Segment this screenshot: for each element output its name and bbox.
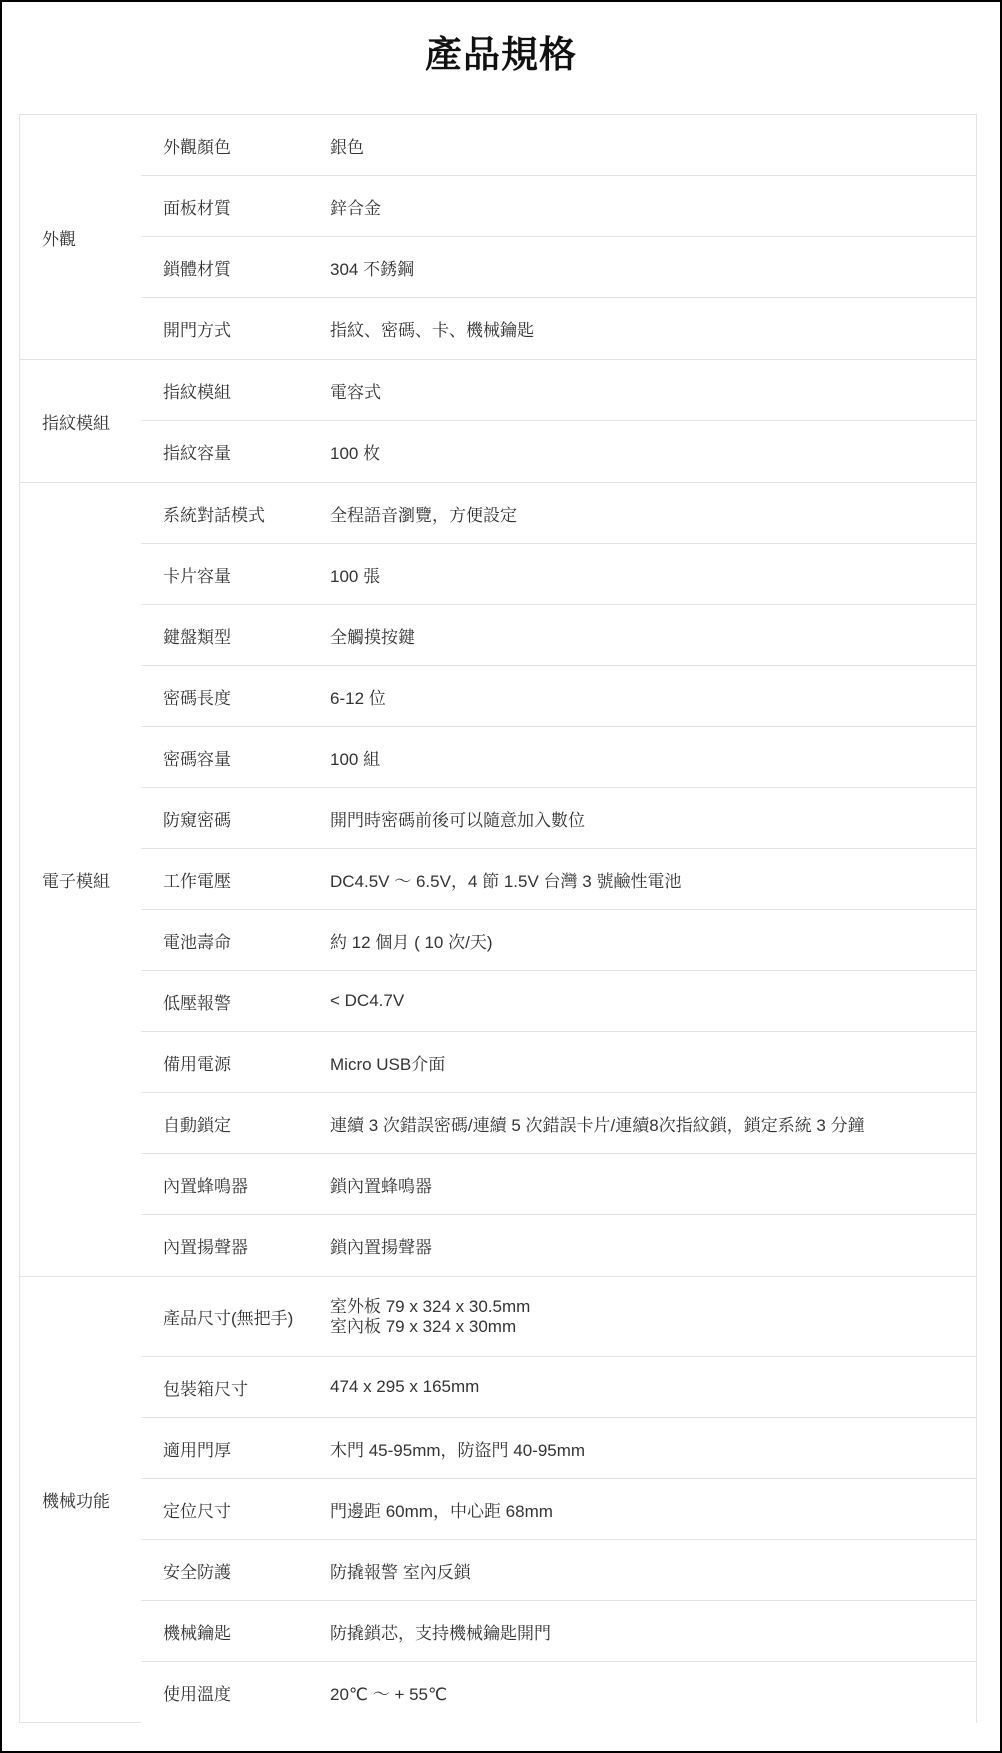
spec-row: 開門方式 指紋、密碼、卡、機械鑰匙	[141, 298, 976, 359]
spec-label: 卡片容量	[141, 562, 330, 587]
spec-value: 防撬鎖芯，支持機械鑰匙開門	[330, 1619, 976, 1644]
spec-value: 電容式	[330, 378, 976, 403]
spec-value: 指紋、密碼、卡、機械鑰匙	[330, 316, 976, 341]
spec-label: 面板材質	[141, 194, 330, 219]
spec-value: 鎖內置揚聲器	[330, 1233, 976, 1258]
spec-row: 鎖體材質 304 不銹鋼	[141, 237, 976, 298]
spec-value-line: 室內板 79 x 324 x 30mm	[330, 1317, 976, 1337]
page-title: 產品規格	[0, 28, 1002, 82]
spec-value: 6-12 位	[330, 684, 976, 709]
spec-label: 使用溫度	[141, 1680, 330, 1705]
section-group-label: 外觀	[20, 115, 141, 359]
spec-row: 密碼長度 6-12 位	[141, 666, 976, 727]
spec-label: 開門方式	[141, 316, 330, 341]
spec-value: 防撬報警 室內反鎖	[330, 1558, 976, 1583]
spec-row: 指紋模組 電容式	[141, 360, 976, 421]
spec-value: 20℃ ～ + 55℃	[330, 1680, 976, 1705]
spec-label: 包裝箱尺寸	[141, 1375, 330, 1400]
spec-label: 電池壽命	[141, 928, 330, 953]
spec-label: 鎖體材質	[141, 255, 330, 280]
spec-row: 工作電壓 DC4.5V ～ 6.5V，4 節 1.5V 台灣 3 號鹼性電池	[141, 849, 976, 910]
spec-label: 適用門厚	[141, 1436, 330, 1461]
spec-row: 安全防護 防撬報警 室內反鎖	[141, 1540, 976, 1601]
spec-value: 鋅合金	[330, 194, 976, 219]
spec-value: 連續 3 次錯誤密碼/連續 5 次錯誤卡片/連續8次指紋鎖，鎖定系統 3 分鐘	[330, 1111, 976, 1136]
spec-section-appearance: 外觀 外觀顏色 銀色 面板材質 鋅合金 鎖體材質 304 不銹鋼 開門方式 指紋…	[20, 115, 976, 360]
spec-label: 機械鑰匙	[141, 1619, 330, 1644]
spec-value: 304 不銹鋼	[330, 255, 976, 280]
spec-row: 防窺密碼 開門時密碼前後可以隨意加入數位	[141, 788, 976, 849]
spec-value: Micro USB介面	[330, 1050, 976, 1075]
spec-value: 100 張	[330, 562, 976, 587]
spec-row: 內置蜂鳴器 鎖內置蜂鳴器	[141, 1154, 976, 1215]
spec-section-fingerprint: 指紋模組 指紋模組 電容式 指紋容量 100 枚	[20, 360, 976, 483]
spec-value: 鎖內置蜂鳴器	[330, 1172, 976, 1197]
spec-section-electronics: 電子模組 系統對話模式 全程語音瀏覽，方便設定 卡片容量 100 張 鍵盤類型 …	[20, 483, 976, 1277]
spec-value: < DC4.7V	[330, 991, 976, 1011]
spec-value: 門邊距 60mm，中心距 68mm	[330, 1497, 976, 1522]
spec-label: 備用電源	[141, 1050, 330, 1075]
spec-row: 自動鎖定 連續 3 次錯誤密碼/連續 5 次錯誤卡片/連續8次指紋鎖，鎖定系統 …	[141, 1093, 976, 1154]
spec-label: 指紋容量	[141, 439, 330, 464]
spec-row: 產品尺寸(無把手) 室外板 79 x 324 x 30.5mm 室內板 79 x…	[141, 1277, 976, 1357]
spec-table: 外觀 外觀顏色 銀色 面板材質 鋅合金 鎖體材質 304 不銹鋼 開門方式 指紋…	[19, 114, 977, 1723]
spec-label: 防窺密碼	[141, 806, 330, 831]
spec-label: 系統對話模式	[141, 501, 330, 526]
spec-value: 全觸摸按鍵	[330, 623, 976, 648]
spec-row: 鍵盤類型 全觸摸按鍵	[141, 605, 976, 666]
spec-label: 安全防護	[141, 1558, 330, 1583]
spec-value: 銀色	[330, 133, 976, 158]
spec-row: 定位尺寸 門邊距 60mm，中心距 68mm	[141, 1479, 976, 1540]
spec-row: 系統對話模式 全程語音瀏覽，方便設定	[141, 483, 976, 544]
spec-row: 備用電源 Micro USB介面	[141, 1032, 976, 1093]
spec-row: 使用溫度 20℃ ～ + 55℃	[141, 1662, 976, 1723]
spec-value: 100 枚	[330, 439, 976, 464]
spec-label: 指紋模組	[141, 378, 330, 403]
spec-label: 外觀顏色	[141, 133, 330, 158]
spec-label: 鍵盤類型	[141, 623, 330, 648]
spec-label: 低壓報警	[141, 989, 330, 1014]
spec-value: 474 x 295 x 165mm	[330, 1377, 976, 1397]
spec-row: 機械鑰匙 防撬鎖芯，支持機械鑰匙開門	[141, 1601, 976, 1662]
spec-label: 密碼容量	[141, 745, 330, 770]
section-group-label: 指紋模組	[20, 360, 141, 482]
spec-row: 卡片容量 100 張	[141, 544, 976, 605]
spec-value-line: 室外板 79 x 324 x 30.5mm	[330, 1297, 976, 1317]
spec-section-mechanical: 機械功能 產品尺寸(無把手) 室外板 79 x 324 x 30.5mm 室內板…	[20, 1277, 976, 1723]
spec-label: 定位尺寸	[141, 1497, 330, 1522]
spec-value: 100 組	[330, 745, 976, 770]
spec-value: DC4.5V ～ 6.5V，4 節 1.5V 台灣 3 號鹼性電池	[330, 867, 976, 892]
spec-value: 開門時密碼前後可以隨意加入數位	[330, 806, 976, 831]
spec-value: 約 12 個月 ( 10 次/天)	[330, 928, 976, 953]
spec-label: 內置蜂鳴器	[141, 1172, 330, 1197]
spec-row: 低壓報警 < DC4.7V	[141, 971, 976, 1032]
spec-row: 面板材質 鋅合金	[141, 176, 976, 237]
spec-label: 密碼長度	[141, 684, 330, 709]
spec-value: 室外板 79 x 324 x 30.5mm 室內板 79 x 324 x 30m…	[330, 1297, 976, 1337]
spec-row: 電池壽命 約 12 個月 ( 10 次/天)	[141, 910, 976, 971]
spec-label: 工作電壓	[141, 867, 330, 892]
spec-value: 木門 45-95mm，防盜門 40-95mm	[330, 1436, 976, 1461]
spec-label: 產品尺寸(無把手)	[141, 1304, 330, 1329]
spec-row: 指紋容量 100 枚	[141, 421, 976, 482]
spec-row: 適用門厚 木門 45-95mm，防盜門 40-95mm	[141, 1418, 976, 1479]
spec-value: 全程語音瀏覽，方便設定	[330, 501, 976, 526]
spec-row: 內置揚聲器 鎖內置揚聲器	[141, 1215, 976, 1276]
spec-label: 內置揚聲器	[141, 1233, 330, 1258]
spec-row: 包裝箱尺寸 474 x 295 x 165mm	[141, 1357, 976, 1418]
section-group-label: 電子模組	[20, 483, 141, 1276]
section-group-label: 機械功能	[20, 1277, 141, 1723]
spec-row: 外觀顏色 銀色	[141, 115, 976, 176]
spec-label: 自動鎖定	[141, 1111, 330, 1136]
spec-row: 密碼容量 100 組	[141, 727, 976, 788]
